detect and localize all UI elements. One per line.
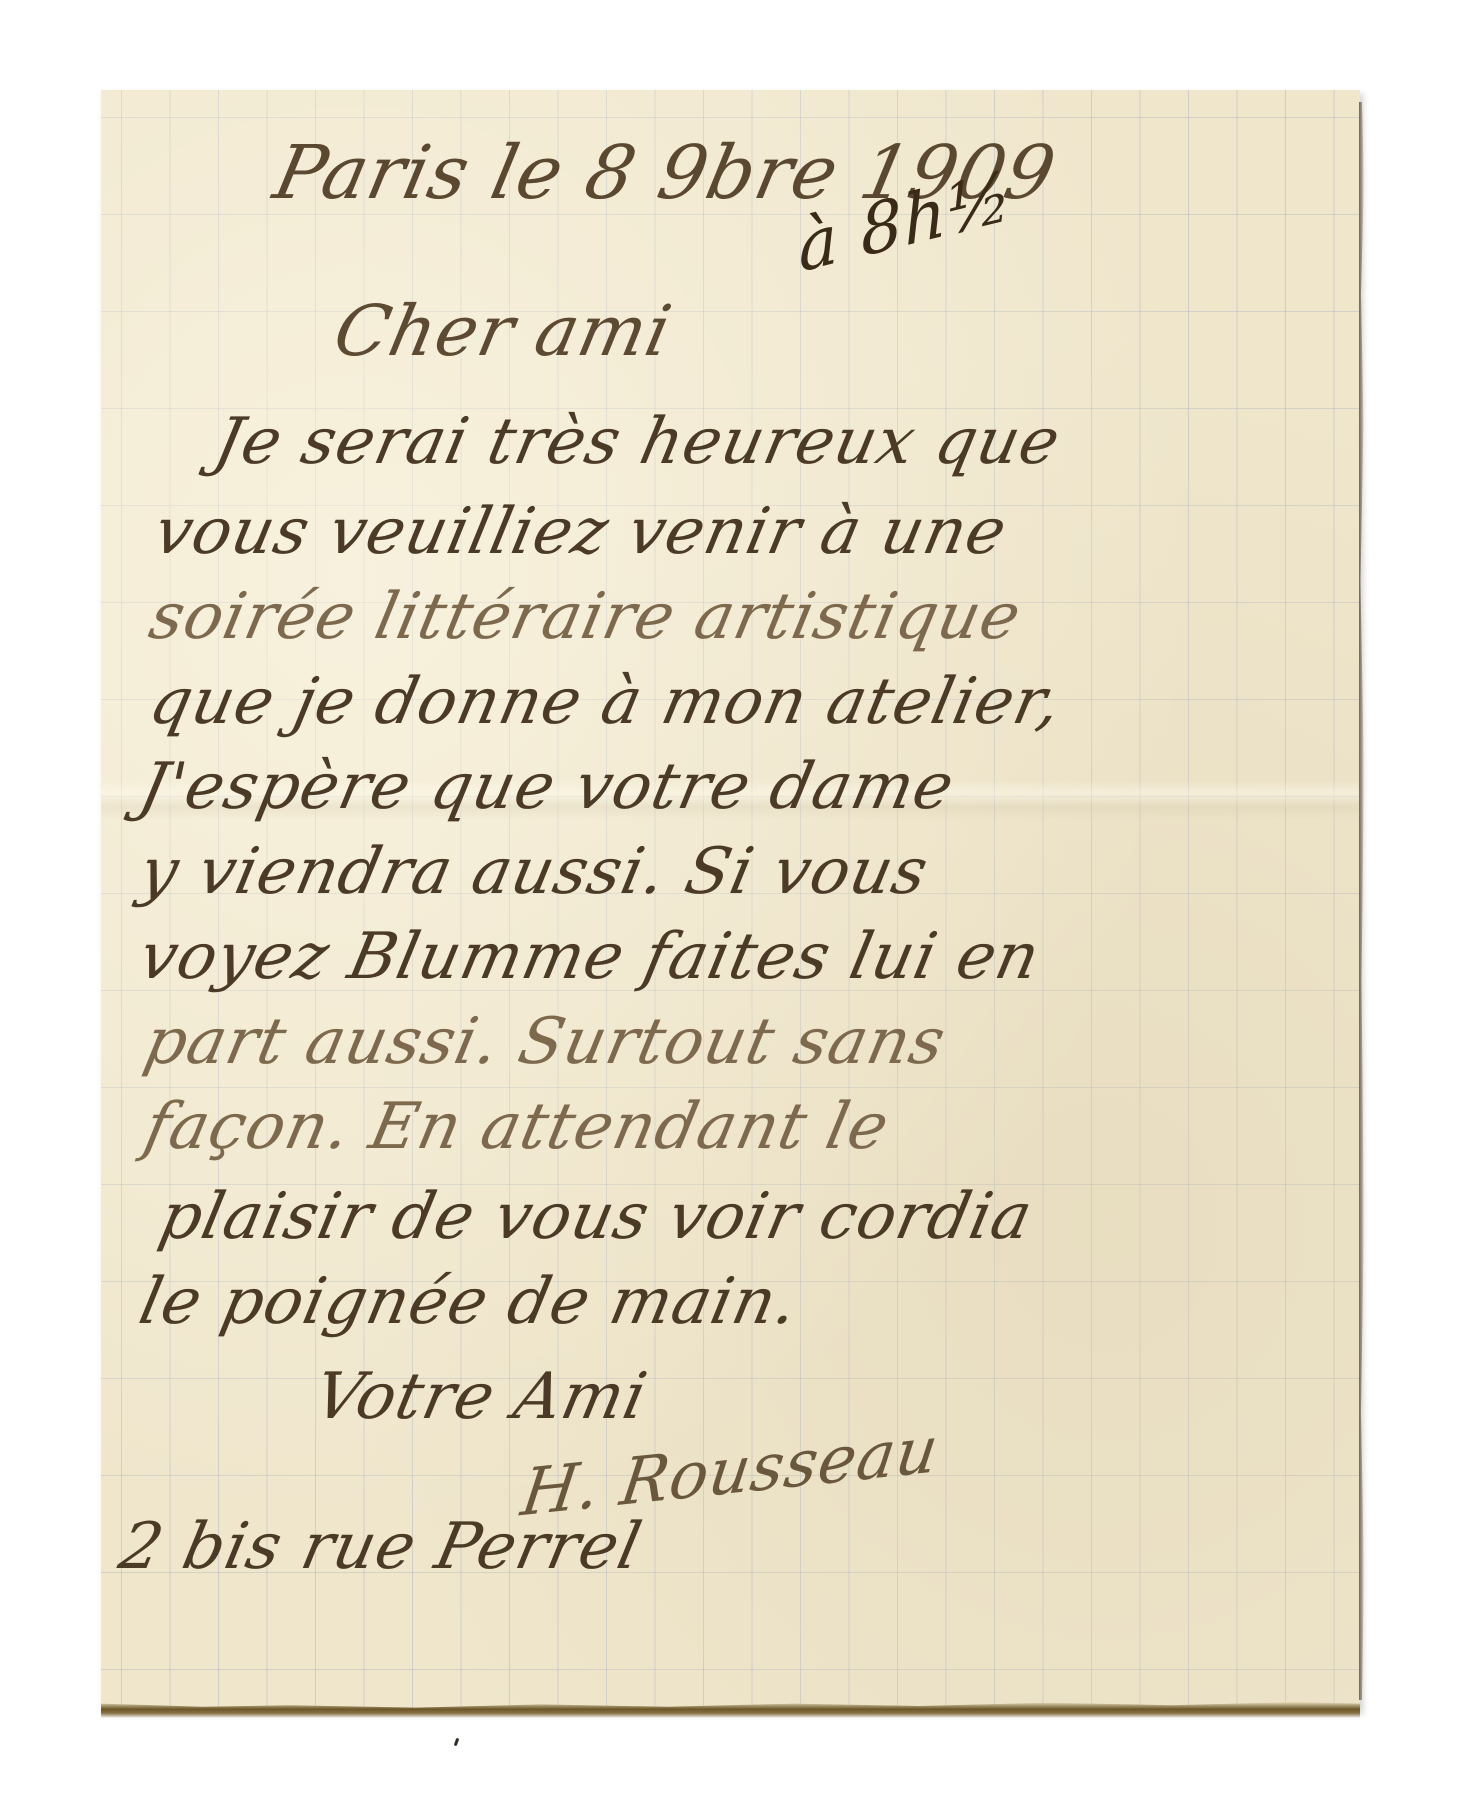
closing: Votre Ami	[308, 1360, 654, 1434]
body-line-11: le poignée de main.	[133, 1265, 805, 1339]
body-line-7: voyez Blumme faites lui en	[133, 920, 1047, 994]
body-line-2: vous veuilliez venir à une	[148, 495, 1013, 569]
salutation: Cher ami	[327, 290, 679, 372]
body-line-6: y viendra aussi. Si vous	[133, 835, 935, 909]
body-line-1: Je serai très heureux que	[208, 405, 1067, 479]
body-line-8: part aussi. Surtout sans	[138, 1005, 952, 1079]
body-line-4: que je donne à mon atelier,	[143, 665, 1068, 739]
torn-right-edge	[1359, 102, 1364, 1700]
letter-paper: Paris le 8 9bre 1909 à 8h½ Cher ami Je s…	[101, 90, 1360, 1710]
torn-bottom-edge	[101, 1702, 1360, 1718]
body-line-10: plaisir de vous voir cordia	[153, 1180, 1039, 1254]
body-line-9: façon. En attendant le	[138, 1090, 896, 1164]
ink-speck	[454, 1738, 460, 1747]
address-line: 2 bis rue Perrel	[113, 1510, 648, 1584]
body-line-5: J'espère que votre dame	[133, 750, 961, 824]
body-line-3: soirée littéraire artistique	[143, 580, 1028, 654]
